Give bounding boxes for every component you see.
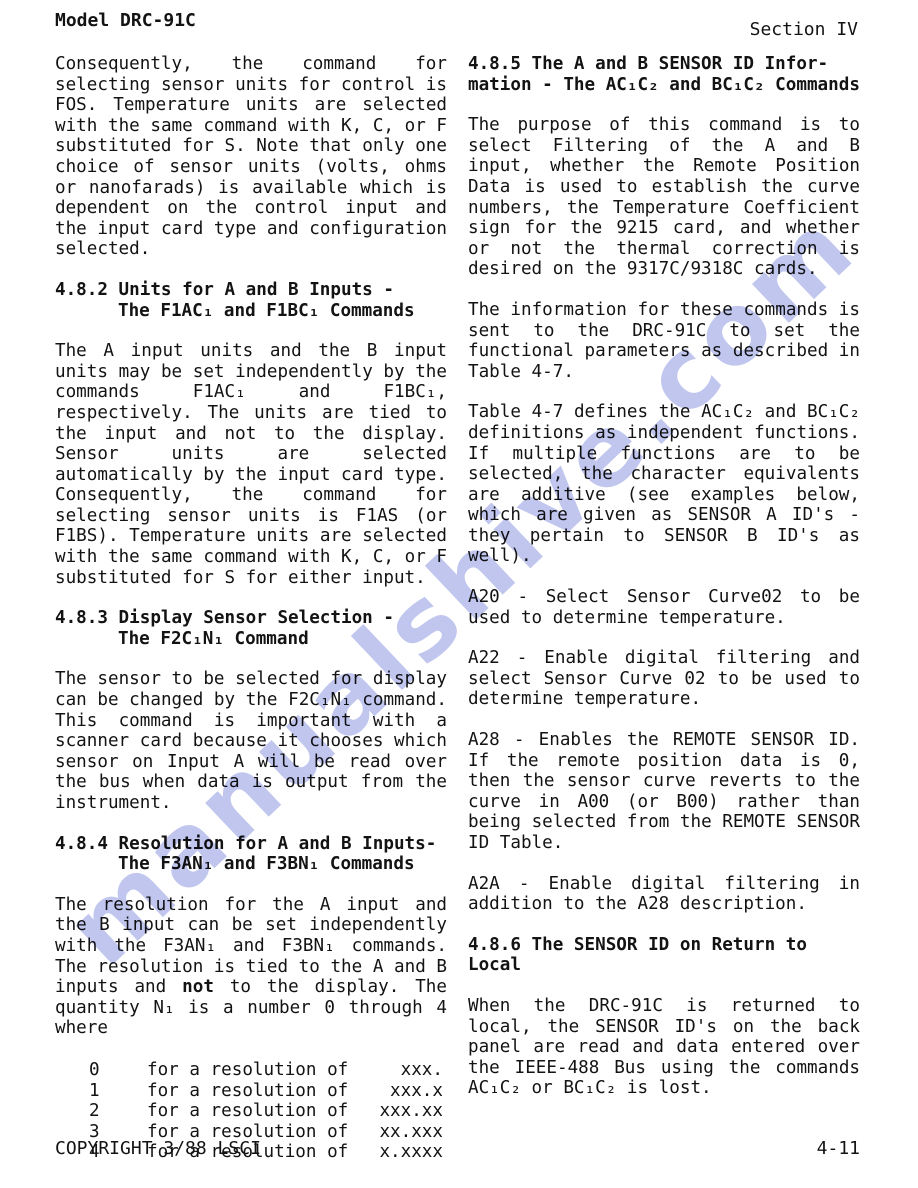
resolution-row-value: xxx.xx — [379, 1101, 443, 1122]
header-model-title: Model DRC-91C — [55, 10, 196, 40]
resolution-row-value: xxx.x — [390, 1081, 443, 1102]
heading-4-8-6-line1: 4.8.6 The SENSOR ID on Return to — [468, 935, 860, 956]
heading-4-8-4-line1: 4.8.4 Resolution for A and B Inputs- — [55, 834, 447, 855]
footer-copyright: COPYRIGHT 3/88 LSCI — [55, 1138, 261, 1159]
sensor-id-item-a28: A28 - Enables the REMOTE SENSOR ID. If t… — [468, 730, 860, 854]
left-column: Consequently, the command for selecting … — [55, 54, 447, 1163]
resolution-row: 0 for a resolution of xxx. — [55, 1060, 447, 1081]
heading-4-8-5-line2: mation - The AC₁C₂ and BC₁C₂ Commands — [468, 75, 860, 96]
page-footer: COPYRIGHT 3/88 LSCI 4-11 — [55, 1138, 860, 1159]
paragraph-info: The information for these commands is se… — [468, 300, 860, 382]
paragraph-4-8-4-bold-word: not — [182, 977, 214, 997]
resolution-row-label: for a resolution of — [147, 1081, 348, 1102]
page-header: Model DRC-91C Section IV — [55, 10, 858, 40]
sensor-id-item-a2a: A2A - Enable digital filtering in additi… — [468, 874, 860, 915]
heading-4-8-2-line1: 4.8.2 Units for A and B Inputs - — [55, 280, 447, 301]
resolution-row: 1 for a resolution of xxx.x — [55, 1081, 447, 1102]
paragraph-purpose: The purpose of this command is to select… — [468, 115, 860, 280]
heading-4-8-4: 4.8.4 Resolution for A and B Inputs- The… — [55, 834, 447, 875]
heading-4-8-6: 4.8.6 The SENSOR ID on Return to Local — [468, 935, 860, 976]
sensor-id-item-a20: A20 - Select Sensor Curve02 to be used t… — [468, 587, 860, 628]
heading-4-8-3-line1: 4.8.3 Display Sensor Selection - — [55, 608, 447, 629]
paragraph-table-4-7: Table 4-7 defines the AC₁C₂ and BC₁C₂ de… — [468, 402, 860, 567]
paragraph-intro: Consequently, the command for selecting … — [55, 54, 447, 260]
paragraph-4-8-3: The sensor to be selected for display ca… — [55, 669, 447, 813]
footer-page-number: 4-11 — [817, 1138, 860, 1159]
heading-4-8-6-line2: Local — [468, 955, 860, 976]
heading-4-8-4-line2: The F3AN₁ and F3BN₁ Commands — [55, 854, 447, 875]
right-column: 4.8.5 The A and B SENSOR ID Infor- matio… — [468, 54, 860, 1119]
resolution-row-label: for a resolution of — [147, 1101, 348, 1122]
paragraph-return-to-local: When the DRC-91C is returned to local, t… — [468, 996, 860, 1099]
paragraph-4-8-2: The A input units and the B input units … — [55, 341, 447, 588]
resolution-row-value: xxx. — [401, 1060, 443, 1081]
resolution-row-number: 1 — [89, 1081, 147, 1102]
header-section-label: Section IV — [750, 19, 858, 40]
heading-4-8-5-line1: 4.8.5 The A and B SENSOR ID Infor- — [468, 54, 860, 75]
heading-4-8-3: 4.8.3 Display Sensor Selection - The F2C… — [55, 608, 447, 649]
heading-4-8-3-line2: The F2C₁N₁ Command — [55, 629, 447, 650]
paragraph-4-8-4: The resolution for the A input and the B… — [55, 895, 447, 1039]
heading-4-8-5: 4.8.5 The A and B SENSOR ID Infor- matio… — [468, 54, 860, 95]
heading-4-8-2: 4.8.2 Units for A and B Inputs - The F1A… — [55, 280, 447, 321]
manual-page: Model DRC-91C Section IV Consequently, t… — [0, 0, 918, 1188]
heading-4-8-2-line2: The F1AC₁ and F1BC₁ Commands — [55, 301, 447, 322]
resolution-row-number: 0 — [89, 1060, 147, 1081]
resolution-row: 2 for a resolution of xxx.xx — [55, 1101, 447, 1122]
resolution-row-number: 2 — [89, 1101, 147, 1122]
sensor-id-item-a22: A22 - Enable digital filtering and selec… — [468, 648, 860, 710]
resolution-row-label: for a resolution of — [147, 1060, 348, 1081]
